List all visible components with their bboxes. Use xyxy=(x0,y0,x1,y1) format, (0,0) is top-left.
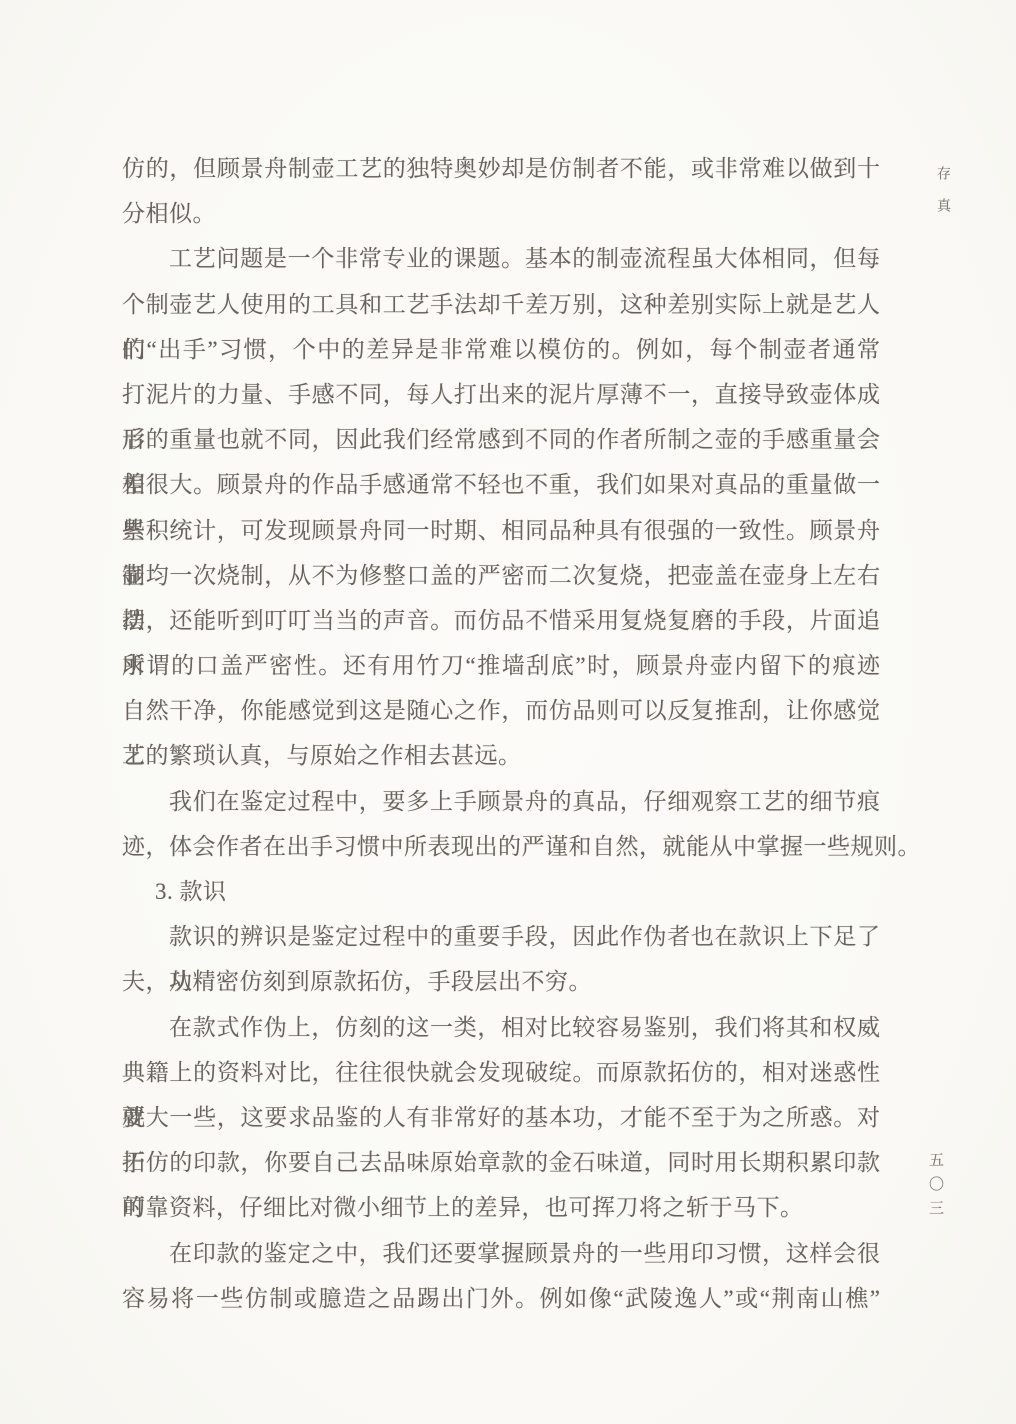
text-line: 所谓的口盖严密性。还有用竹刀“推墙刮底”时，顾景舟壶内留下的痕迹 xyxy=(122,643,880,688)
text-line: 可靠资料，仔细比对微小细节上的差异，也可挥刀将之斩于马下。 xyxy=(122,1185,880,1230)
text-line: 的“出手”习惯，个中的差异是非常难以模仿的。例如，每个制壶者通常 xyxy=(122,327,880,372)
text-line: 后的重量也就不同，因此我们经常感到不同的作者所制之壶的手感重量会相 xyxy=(122,417,880,462)
text-line: 壶均一次烧制，从不为修整口盖的严密而二次复烧，把壶盖在壶身上左右摆 xyxy=(122,553,880,598)
text-line: 容易将一些仿制或臆造之品踢出门外。例如像“武陵逸人”或“荆南山樵” xyxy=(122,1276,880,1321)
text-line: 累积统计，可发现顾景舟同一时期、相同品种具有很强的一致性。顾景舟制 xyxy=(122,508,880,553)
margin-label: 存真 xyxy=(932,166,952,230)
text-line: 自然干净，你能感觉到这是随心之作，而仿品则可以反复推刮，让你感觉工 xyxy=(122,688,880,733)
text-line: 夫，从精密仿刻到原款拓仿，手段层出不穷。 xyxy=(122,959,880,1004)
text-line: 在款式作伪上，仿刻的这一类，相对比较容易鉴别，我们将其和权威 xyxy=(122,1005,880,1050)
book-page: 仿的，但顾景舟制壶工艺的独特奥妙却是仿制者不能，或非常难以做到十分相似。工艺问题… xyxy=(0,0,1016,1424)
text-line: 拓仿的印款，你要自己去品味原始章款的金石味道，同时用长期积累印款的 xyxy=(122,1140,880,1185)
text-line: 艺的繁琐认真，与原始之作相去甚远。 xyxy=(122,733,880,778)
text-line: 典籍上的资料对比，往往很快就会发现破绽。而原款拓仿的，相对迷惑性就 xyxy=(122,1050,880,1095)
body-text: 仿的，但顾景舟制壶工艺的独特奥妙却是仿制者不能，或非常难以做到十分相似。工艺问题… xyxy=(122,146,880,1321)
page-number: 五〇三 xyxy=(925,1152,946,1224)
text-line: 工艺问题是一个非常专业的课题。基本的制壶流程虽大体相同，但每 xyxy=(122,236,880,281)
text-line: 在印款的鉴定之中，我们还要掌握顾景舟的一些用印习惯，这样会很 xyxy=(122,1231,880,1276)
text-line: 迹，体会作者在出手习惯中所表现出的严谨和自然，就能从中掌握一些规则。 xyxy=(122,824,880,869)
text-line: 仿的，但顾景舟制壶工艺的独特奥妙却是仿制者不能，或非常难以做到十 xyxy=(122,146,880,191)
text-line: 3. 款识 xyxy=(122,869,880,914)
text-line: 要大一些，这要求品鉴的人有非常好的基本功，才能不至于为之所惑。对于 xyxy=(122,1095,880,1140)
text-line: 打泥片的力量、手感不同，每人打出来的泥片厚薄不一，直接导致壶体成形 xyxy=(122,372,880,417)
text-line: 款识的辨识是鉴定过程中的重要手段，因此作伪者也在款识上下足了功 xyxy=(122,914,880,959)
text-line: 我们在鉴定过程中，要多上手顾景舟的真品，仔细观察工艺的细节痕 xyxy=(122,779,880,824)
text-line: 动，还能听到叮叮当当的声音。而仿品不惜采用复烧复磨的手段，片面追求 xyxy=(122,598,880,643)
text-line: 个制壶艺人使用的工具和工艺手法却千差万别，这种差别实际上就是艺人们 xyxy=(122,282,880,327)
text-line: 分相似。 xyxy=(122,191,880,236)
text-line: 差很大。顾景舟的作品手感通常不轻也不重，我们如果对真品的重量做一些 xyxy=(122,462,880,507)
